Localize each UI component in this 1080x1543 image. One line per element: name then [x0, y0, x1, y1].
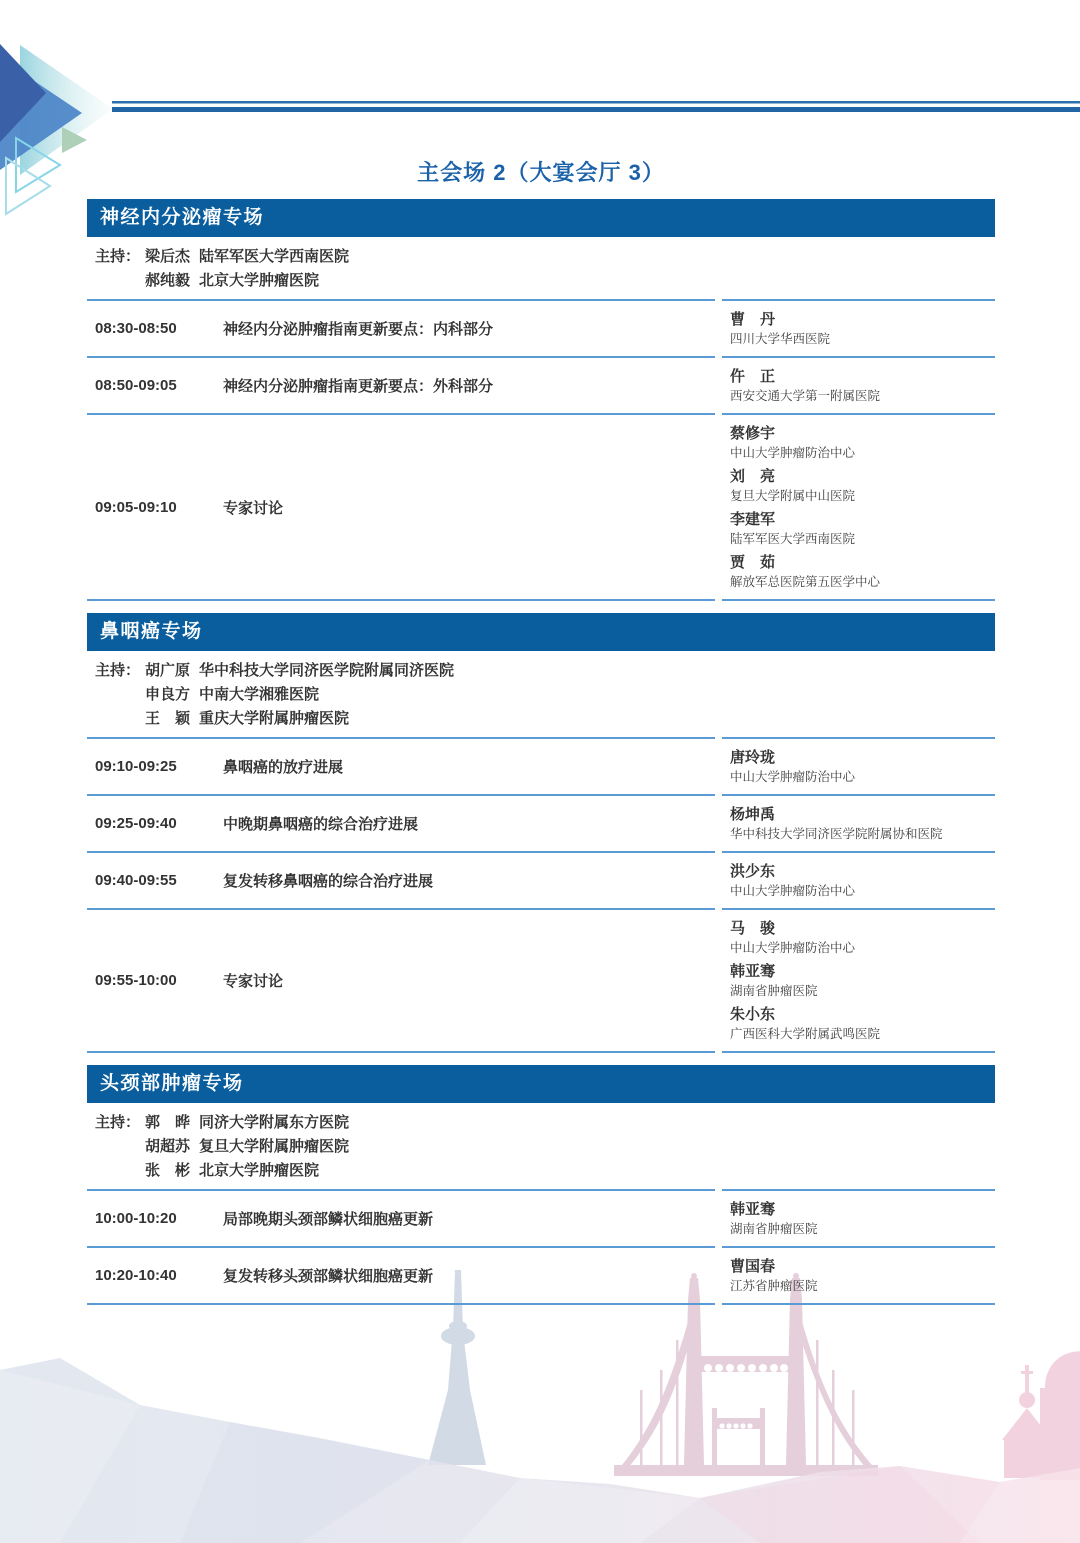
speaker-name: 马 骏 — [730, 918, 995, 939]
time: 09:55-10:00 — [95, 972, 223, 989]
speaker: 曹国春 江苏省肿瘤医院 — [730, 1256, 995, 1295]
chair-affiliation: 华中科技大学同济医学院附属同济医院 — [199, 659, 454, 683]
chair-line: 主持： 梁后杰 陆军军医大学西南医院 — [95, 245, 715, 269]
speaker-affiliation: 中山大学肿瘤防治中心 — [730, 444, 995, 462]
agenda-row: 09:40-09:55 复发转移鼻咽癌的综合治疗进展 洪少东 中山大学肿瘤防治中… — [87, 853, 995, 910]
chair-affiliation: 北京大学肿瘤医院 — [199, 269, 319, 293]
speaker-name: 贾 茹 — [730, 552, 995, 573]
chair-label: 主持： — [95, 1111, 145, 1135]
chair-affiliation: 陆军军医大学西南医院 — [199, 245, 349, 269]
topic: 专家讨论 — [223, 497, 283, 518]
topic: 专家讨论 — [223, 970, 283, 991]
time: 09:40-09:55 — [95, 872, 223, 889]
topic: 中晚期鼻咽癌的综合治疗进展 — [223, 813, 418, 834]
speaker-affiliation: 江苏省肿瘤医院 — [730, 1277, 995, 1295]
speaker: 蔡修宇 中山大学肿瘤防治中心 — [730, 423, 995, 462]
chair-label-spacer — [95, 269, 145, 293]
speaker-name: 仵 正 — [730, 366, 995, 387]
chair-label-spacer — [95, 1135, 145, 1159]
chair-affiliation: 同济大学附属东方医院 — [199, 1111, 349, 1135]
chair-line: 王 颖 重庆大学附属肿瘤医院 — [95, 707, 715, 731]
speaker: 杨坤禹 华中科技大学同济医学院附属协和医院 — [730, 804, 995, 843]
topic: 局部晚期头颈部鳞状细胞癌更新 — [223, 1208, 433, 1229]
speaker-name: 杨坤禹 — [730, 804, 995, 825]
chair-name: 郭 晔 — [145, 1111, 191, 1135]
session-banner: 神经内分泌瘤专场 — [87, 199, 995, 237]
time: 10:00-10:20 — [95, 1210, 223, 1227]
chair-name: 申良方 — [145, 683, 191, 707]
speaker-affiliation: 湖南省肿瘤医院 — [730, 982, 995, 1000]
speaker-affiliation: 广西医科大学附属武鸣医院 — [730, 1025, 995, 1043]
program-content: 主会场 2（大宴会厅 3） 神经内分泌瘤专场 主持： 梁后杰 陆军军医大学西南医… — [87, 158, 995, 1305]
chair-line: 申良方 中南大学湘雅医院 — [95, 683, 715, 707]
chair-name: 张 彬 — [145, 1159, 191, 1183]
wash-gradient — [0, 1358, 1080, 1543]
chair-label: 主持： — [95, 245, 145, 269]
speaker-affiliation: 中山大学肿瘤防治中心 — [730, 882, 995, 900]
chair-line: 张 彬 北京大学肿瘤医院 — [95, 1159, 715, 1183]
chair-affiliation: 复旦大学附属肿瘤医院 — [199, 1135, 349, 1159]
speaker: 李建军 陆军军医大学西南医院 — [730, 509, 995, 548]
speaker: 曹 丹 四川大学华西医院 — [730, 309, 995, 348]
speaker-name: 唐玲珑 — [730, 747, 995, 768]
time: 09:25-09:40 — [95, 815, 223, 832]
topic: 神经内分泌肿瘤指南更新要点：内科部分 — [223, 318, 493, 339]
speaker-affiliation: 解放军总医院第五医学中心 — [730, 573, 995, 591]
time: 08:30-08:50 — [95, 320, 223, 337]
castle-silhouette — [1002, 1351, 1080, 1480]
speaker-name: 朱小东 — [730, 1004, 995, 1025]
chair-name: 王 颖 — [145, 707, 191, 731]
header-rule — [112, 101, 1080, 112]
agenda-row: 09:10-09:25 鼻咽癌的放疗进展 唐玲珑 中山大学肿瘤防治中心 — [87, 739, 995, 796]
speaker: 马 骏 中山大学肿瘤防治中心 — [730, 918, 995, 957]
speaker-name: 刘 亮 — [730, 466, 995, 487]
agenda-row: 10:00-10:20 局部晚期头颈部鳞状细胞癌更新 韩亚骞 湖南省肿瘤医院 — [87, 1191, 995, 1248]
program-page: 主会场 2（大宴会厅 3） 神经内分泌瘤专场 主持： 梁后杰 陆军军医大学西南医… — [0, 0, 1080, 1543]
speaker-name: 曹国春 — [730, 1256, 995, 1277]
topic: 鼻咽癌的放疗进展 — [223, 756, 343, 777]
speaker-name: 韩亚骞 — [730, 1199, 995, 1220]
speaker: 朱小东 广西医科大学附属武鸣医院 — [730, 1004, 995, 1043]
chairs-row: 主持： 梁后杰 陆军军医大学西南医院 郝纯毅 北京大学肿瘤医院 — [87, 237, 995, 301]
chairs-row: 主持： 郭 晔 同济大学附属东方医院 胡超苏 复旦大学附属肿瘤医院 张 彬 北京… — [87, 1103, 995, 1191]
topic: 复发转移鼻咽癌的综合治疗进展 — [223, 870, 433, 891]
speaker-affiliation: 中山大学肿瘤防治中心 — [730, 939, 995, 957]
chair-label-spacer — [95, 1159, 145, 1183]
speaker-affiliation: 中山大学肿瘤防治中心 — [730, 768, 995, 786]
agenda-row: 08:50-09:05 神经内分泌肿瘤指南更新要点：外科部分 仵 正 西安交通大… — [87, 358, 995, 415]
speaker: 洪少东 中山大学肿瘤防治中心 — [730, 861, 995, 900]
chair-affiliation: 中南大学湘雅医院 — [199, 683, 319, 707]
speaker-affiliation: 华中科技大学同济医学院附属协和医院 — [730, 825, 995, 843]
speaker: 贾 茹 解放军总医院第五医学中心 — [730, 552, 995, 591]
speaker-name: 曹 丹 — [730, 309, 995, 330]
session-banner: 头颈部肿瘤专场 — [87, 1065, 995, 1103]
chair-label-spacer — [95, 707, 145, 731]
time: 10:20-10:40 — [95, 1267, 223, 1284]
agenda-row: 10:20-10:40 复发转移头颈部鳞状细胞癌更新 曹国春 江苏省肿瘤医院 — [87, 1248, 995, 1305]
speaker-affiliation: 四川大学华西医院 — [730, 330, 995, 348]
footer-skyline-decoration — [0, 1270, 1080, 1543]
chair-name: 郝纯毅 — [145, 269, 191, 293]
chair-affiliation: 北京大学肿瘤医院 — [199, 1159, 319, 1183]
session-banner: 鼻咽癌专场 — [87, 613, 995, 651]
speaker-affiliation: 复旦大学附属中山医院 — [730, 487, 995, 505]
speaker-affiliation: 湖南省肿瘤医院 — [730, 1220, 995, 1238]
session-neuroendocrine: 神经内分泌瘤专场 主持： 梁后杰 陆军军医大学西南医院 郝纯毅 北京大学肿瘤医院 — [87, 199, 995, 601]
topic: 神经内分泌肿瘤指南更新要点：外科部分 — [223, 375, 493, 396]
speaker: 唐玲珑 中山大学肿瘤防治中心 — [730, 747, 995, 786]
time: 09:05-09:10 — [95, 499, 223, 516]
chair-line: 主持： 郭 晔 同济大学附属东方医院 — [95, 1111, 715, 1135]
speaker-name: 蔡修宇 — [730, 423, 995, 444]
time: 09:10-09:25 — [95, 758, 223, 775]
chair-affiliation: 重庆大学附属肿瘤医院 — [199, 707, 349, 731]
agenda-row: 08:30-08:50 神经内分泌肿瘤指南更新要点：内科部分 曹 丹 四川大学华… — [87, 301, 995, 358]
speaker: 刘 亮 复旦大学附属中山医院 — [730, 466, 995, 505]
chair-label-spacer — [95, 683, 145, 707]
footer-skyline-decoration — [0, 1270, 1080, 1543]
speaker: 韩亚骞 湖南省肿瘤医院 — [730, 961, 995, 1000]
speaker-name: 韩亚骞 — [730, 961, 995, 982]
agenda-row: 09:25-09:40 中晚期鼻咽癌的综合治疗进展 杨坤禹 华中科技大学同济医学… — [87, 796, 995, 853]
speaker-affiliation: 陆军军医大学西南医院 — [730, 530, 995, 548]
topic: 复发转移头颈部鳞状细胞癌更新 — [223, 1265, 433, 1286]
chair-line: 胡超苏 复旦大学附属肿瘤医院 — [95, 1135, 715, 1159]
chair-name: 梁后杰 — [145, 245, 191, 269]
agenda-row-discussion: 09:05-09:10 专家讨论 蔡修宇 中山大学肿瘤防治中心 刘 亮 复旦大学… — [87, 415, 995, 601]
speaker-name: 洪少东 — [730, 861, 995, 882]
chair-line: 主持： 胡广原 华中科技大学同济医学院附属同济医院 — [95, 659, 715, 683]
page-title: 主会场 2（大宴会厅 3） — [87, 158, 995, 188]
speaker-affiliation: 西安交通大学第一附属医院 — [730, 387, 995, 405]
time: 08:50-09:05 — [95, 377, 223, 394]
speaker: 仵 正 西安交通大学第一附属医院 — [730, 366, 995, 405]
chair-name: 胡超苏 — [145, 1135, 191, 1159]
chairs-row: 主持： 胡广原 华中科技大学同济医学院附属同济医院 申良方 中南大学湘雅医院 王… — [87, 651, 995, 739]
session-head-neck: 头颈部肿瘤专场 主持： 郭 晔 同济大学附属东方医院 胡超苏 复旦大学附属肿瘤医… — [87, 1065, 995, 1305]
session-nasopharyngeal: 鼻咽癌专场 主持： 胡广原 华中科技大学同济医学院附属同济医院 申良方 中南大学… — [87, 613, 995, 1053]
speaker-name: 李建军 — [730, 509, 995, 530]
chair-line: 郝纯毅 北京大学肿瘤医院 — [95, 269, 715, 293]
chair-name: 胡广原 — [145, 659, 191, 683]
agenda-row-discussion: 09:55-10:00 专家讨论 马 骏 中山大学肿瘤防治中心 韩亚骞 湖南省肿… — [87, 910, 995, 1053]
speaker: 韩亚骞 湖南省肿瘤医院 — [730, 1199, 995, 1238]
chair-label: 主持： — [95, 659, 145, 683]
